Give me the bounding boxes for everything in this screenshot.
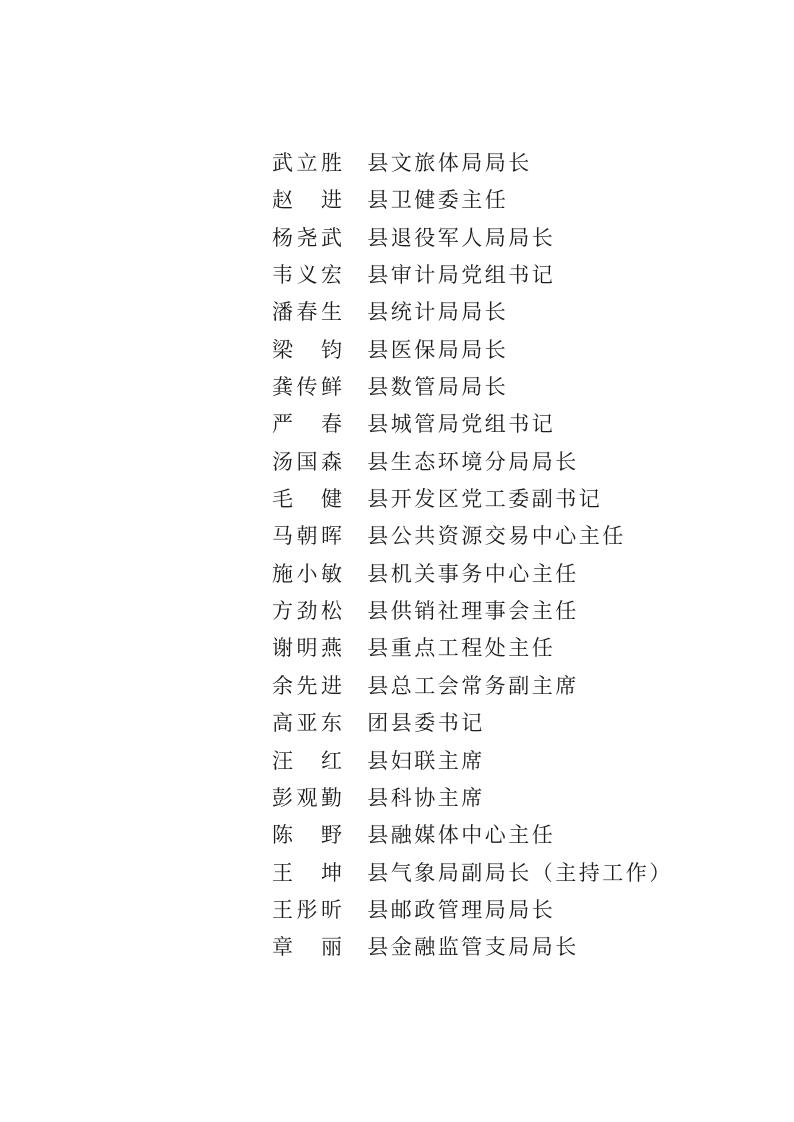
- person-name: 龚传鲜: [272, 369, 342, 406]
- roster-row: 施小敏 县机关事务中心主任: [272, 556, 673, 593]
- person-title: 县供销社理事会主任: [367, 593, 579, 630]
- person-name: 严 春: [272, 406, 342, 443]
- person-name: 高亚东: [272, 705, 342, 742]
- roster-row: 严 春 县城管局党组书记: [272, 406, 673, 443]
- roster-row: 余先进 县总工会常务副主席: [272, 668, 673, 705]
- person-name: 汪 红: [272, 743, 342, 780]
- person-name: 谢明燕: [272, 630, 342, 667]
- person-name: 汤国森: [272, 444, 342, 481]
- person-name: 武立胜: [272, 145, 342, 182]
- person-name: 马朝晖: [272, 518, 342, 555]
- person-title: 县气象局副局长（主持工作）: [367, 855, 673, 892]
- roster-row: 赵 进 县卫健委主任: [272, 182, 673, 219]
- person-title: 县机关事务中心主任: [367, 556, 579, 593]
- person-name: 方劲松: [272, 593, 342, 630]
- person-title: 县总工会常务副主席: [367, 668, 579, 705]
- person-title: 县邮政管理局局长: [367, 892, 555, 929]
- person-title: 县重点工程处主任: [367, 630, 555, 667]
- roster-row: 王 坤 县气象局副局长（主持工作）: [272, 855, 673, 892]
- officials-roster: 武立胜 县文旅体局局长 赵 进 县卫健委主任 杨尧武 县退役军人局局长 韦义宏 …: [272, 145, 673, 967]
- roster-row: 方劲松 县供销社理事会主任: [272, 593, 673, 630]
- roster-row: 陈 野 县融媒体中心主任: [272, 817, 673, 854]
- roster-row: 高亚东 团县委书记: [272, 705, 673, 742]
- roster-row: 马朝晖 县公共资源交易中心主任: [272, 518, 673, 555]
- person-title: 县统计局局长: [367, 294, 508, 331]
- person-title: 县融媒体中心主任: [367, 817, 555, 854]
- person-title: 县卫健委主任: [367, 182, 508, 219]
- roster-row: 韦义宏 县审计局党组书记: [272, 257, 673, 294]
- person-name: 韦义宏: [272, 257, 342, 294]
- roster-row: 汪 红 县妇联主席: [272, 743, 673, 780]
- roster-row: 汤国森 县生态环境分局局长: [272, 444, 673, 481]
- person-title: 县退役军人局局长: [367, 220, 555, 257]
- person-title: 县医保局局长: [367, 332, 508, 369]
- person-name: 杨尧武: [272, 220, 342, 257]
- person-title: 县开发区党工委副书记: [367, 481, 602, 518]
- person-title: 县审计局党组书记: [367, 257, 555, 294]
- person-name: 毛 健: [272, 481, 342, 518]
- person-title: 县金融监管支局局长: [367, 929, 579, 966]
- roster-row: 谢明燕 县重点工程处主任: [272, 630, 673, 667]
- roster-row: 武立胜 县文旅体局局长: [272, 145, 673, 182]
- person-name: 彭观勤: [272, 780, 342, 817]
- roster-row: 潘春生 县统计局局长: [272, 294, 673, 331]
- person-title: 团县委书记: [367, 705, 485, 742]
- roster-row: 龚传鲜 县数管局局长: [272, 369, 673, 406]
- person-name: 陈 野: [272, 817, 342, 854]
- person-name: 余先进: [272, 668, 342, 705]
- person-name: 梁 钧: [272, 332, 342, 369]
- roster-row: 王彤昕 县邮政管理局局长: [272, 892, 673, 929]
- person-title: 县科协主席: [367, 780, 485, 817]
- roster-row: 彭观勤 县科协主席: [272, 780, 673, 817]
- person-title: 县妇联主席: [367, 743, 485, 780]
- person-title: 县数管局局长: [367, 369, 508, 406]
- person-title: 县文旅体局局长: [367, 145, 532, 182]
- person-name: 施小敏: [272, 556, 342, 593]
- roster-row: 毛 健 县开发区党工委副书记: [272, 481, 673, 518]
- person-name: 王 坤: [272, 855, 342, 892]
- person-name: 潘春生: [272, 294, 342, 331]
- roster-row: 章 丽 县金融监管支局局长: [272, 929, 673, 966]
- document-page: 武立胜 县文旅体局局长 赵 进 县卫健委主任 杨尧武 县退役军人局局长 韦义宏 …: [0, 0, 794, 1122]
- person-title: 县生态环境分局局长: [367, 444, 579, 481]
- roster-row: 杨尧武 县退役军人局局长: [272, 220, 673, 257]
- person-name: 王彤昕: [272, 892, 342, 929]
- person-name: 赵 进: [272, 182, 342, 219]
- person-name: 章 丽: [272, 929, 342, 966]
- roster-row: 梁 钧 县医保局局长: [272, 332, 673, 369]
- person-title: 县公共资源交易中心主任: [367, 518, 626, 555]
- person-title: 县城管局党组书记: [367, 406, 555, 443]
